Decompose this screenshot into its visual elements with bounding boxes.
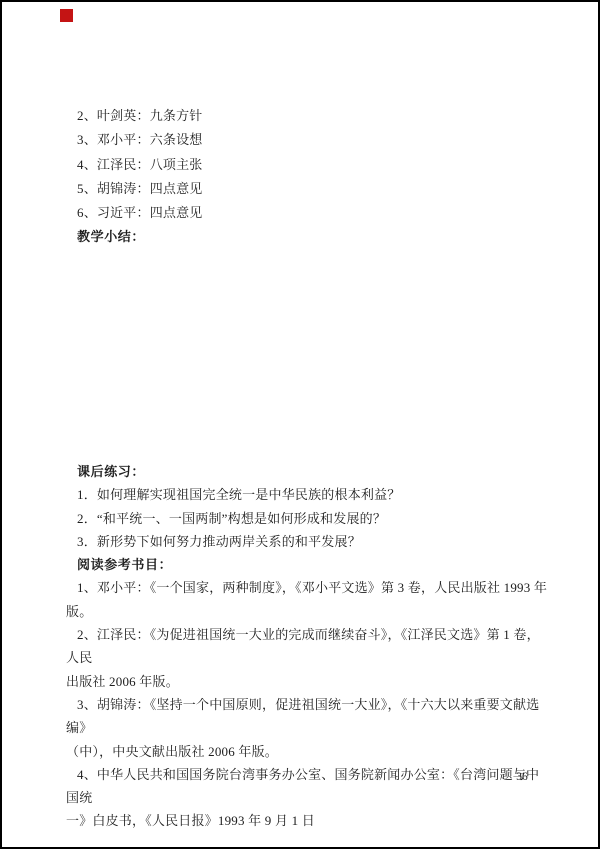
list-item: 2、叶剑英：九条方针 bbox=[66, 104, 550, 128]
section-heading-teaching-summary: 教学小结： bbox=[66, 225, 550, 249]
section-heading-bibliography: 阅读参考书目： bbox=[66, 553, 550, 576]
bibliography-item: 2、江泽民：《为促进祖国统一大业的完成而继续奋斗》，《江泽民文选》第 1 卷，人… bbox=[66, 623, 550, 693]
bibliography-item: 3、胡锦涛：《坚持一个中国原则，促进祖国统一大业》，《十六大以来重要文献选编》 … bbox=[66, 693, 550, 763]
list-item: 4、江泽民：八项主张 bbox=[66, 153, 550, 177]
red-marker bbox=[60, 9, 73, 22]
bibliography-item: 1、邓小平：《一个国家，两种制度》，《邓小平文选》第 3 卷，人民出版社 199… bbox=[66, 576, 550, 623]
list-item: 6、习近平：四点意见 bbox=[66, 201, 550, 225]
lesson-points-section: 2、叶剑英：九条方针 3、邓小平：六条设想 4、江泽民：八项主张 5、胡锦涛：四… bbox=[66, 104, 550, 250]
bibliography-item: 4、中华人民共和国国务院台湾事务办公室、国务院新闻办公室：《台湾问题与中国统 一… bbox=[66, 763, 550, 833]
exercise-item: 1．如何理解实现祖国完全统一是中华民族的根本利益？ bbox=[66, 483, 550, 506]
list-item: 5、胡锦涛：四点意见 bbox=[66, 177, 550, 201]
exercise-item: 2．“和平统一、一国两制”构想是如何形成和发展的？ bbox=[66, 507, 550, 530]
exercises-and-bibliography-section: 课后练习： 1．如何理解实现祖国完全统一是中华民族的根本利益？ 2．“和平统一、… bbox=[66, 460, 550, 833]
section-heading-exercises: 课后练习： bbox=[66, 460, 550, 483]
exercise-item: 3．新形势下如何努力推动两岸关系的和平发展？ bbox=[66, 530, 550, 553]
list-item: 3、邓小平：六条设想 bbox=[66, 128, 550, 152]
document-page: 2、叶剑英：九条方针 3、邓小平：六条设想 4、江泽民：八项主张 5、胡锦涛：四… bbox=[0, 0, 600, 849]
page-number: 36 bbox=[507, 771, 537, 784]
